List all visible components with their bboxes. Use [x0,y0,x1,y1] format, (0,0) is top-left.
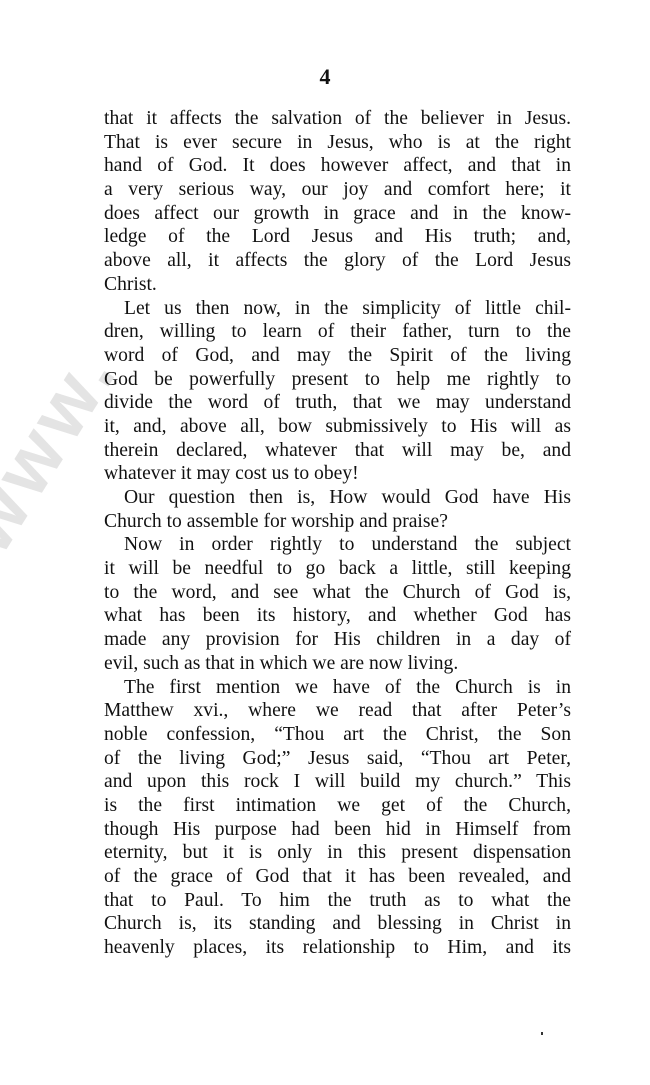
text-line: that to Paul. To him the truth as to wha… [104,889,571,913]
text-line: dren, willing to learn of their father, … [104,320,571,344]
text-line: eternity, but it is only in this present… [104,841,571,865]
text-line: noble confession, “Thou art the Christ, … [104,723,571,747]
document-page: www. 4 that it affects the salvation of … [0,0,650,1085]
text-line: made any provision for His children in a… [104,628,571,652]
text-line: Church to assemble for worship and prais… [104,510,571,534]
text-line: it will be needful to go back a little, … [104,557,571,581]
text-line: what has been its history, and whether G… [104,604,571,628]
text-line: divide the word of truth, that we may un… [104,391,571,415]
text-line: of the living God;” Jesus said, “Thou ar… [104,747,571,771]
scan-speck [541,1032,543,1035]
text-line: though His purpose had been hid in Himse… [104,818,571,842]
text-line: is the first intimation we get of the Ch… [104,794,571,818]
text-line: therein declared, whatever that will may… [104,439,571,463]
page-number: 4 [0,64,650,90]
text-line: heavenly places, its relationship to Him… [104,936,571,960]
text-line: Our question then is, How would God have… [104,486,571,510]
text-line: above all, it affects the glory of the L… [104,249,571,273]
text-line: that it affects the salvation of the bel… [104,107,571,131]
text-line: hand of God. It does however affect, and… [104,154,571,178]
text-line: Matthew xvi., where we read that after P… [104,699,571,723]
text-line: Let us then now, in the simplicity of li… [104,297,571,321]
text-line: a very serious way, our joy and comfort … [104,178,571,202]
text-line: it, and, above all, bow submissively to … [104,415,571,439]
text-line: word of God, and may the Spirit of the l… [104,344,571,368]
text-line: That is ever secure in Jesus, who is at … [104,131,571,155]
text-line: to the word, and see what the Church of … [104,581,571,605]
text-line: ledge of the Lord Jesus and His truth; a… [104,225,571,249]
text-line: and upon this rock I will build my churc… [104,770,571,794]
text-line: Christ. [104,273,571,297]
text-line: Now in order rightly to understand the s… [104,533,571,557]
text-line: does affect our growth in grace and in t… [104,202,571,226]
text-line: God be powerfully present to help me rig… [104,368,571,392]
text-line: whatever it may cost us to obey! [104,462,571,486]
text-line: The first mention we have of the Church … [104,676,571,700]
text-line: of the grace of God that it has been rev… [104,865,571,889]
body-text: that it affects the salvation of the bel… [104,107,571,960]
text-line: Church is, its standing and blessing in … [104,912,571,936]
text-line: evil, such as that in which we are now l… [104,652,571,676]
